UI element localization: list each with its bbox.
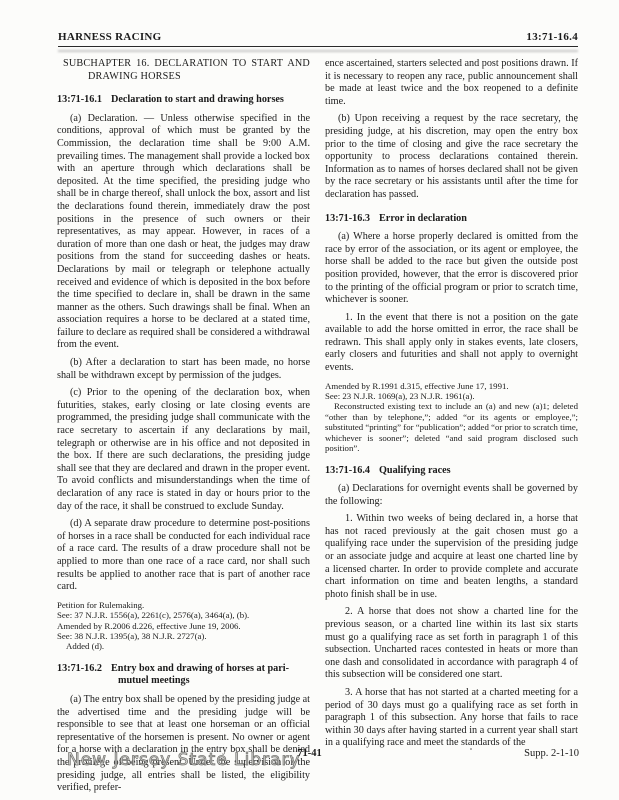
paragraph-16-4-a: (a) Declarations for overnight events sh… bbox=[325, 483, 578, 508]
note-line: Amended by R.2006 d.226, effective June … bbox=[57, 621, 310, 631]
paragraph-16-4-a3: 3. A horse that has not started at a cha… bbox=[325, 687, 578, 750]
paragraph-16-1-d: (d) A separate draw procedure to determi… bbox=[57, 518, 310, 594]
paragraph-16-1-b: (b) After a declaration to start has bee… bbox=[57, 357, 310, 382]
note-line: Reconstructed existing text to include a… bbox=[325, 401, 578, 453]
note-line: See: 37 N.J.R. 1556(a), 2261(c), 2576(a)… bbox=[57, 610, 310, 620]
paragraph-16-2-a: (a) The entry box shall be opened by the… bbox=[57, 694, 310, 795]
section-number: 13:71-16.1 bbox=[57, 94, 102, 105]
paragraph-16-1-a: (a) Declaration. — Unless otherwise spec… bbox=[57, 113, 310, 352]
note-line: See: 23 N.J.R. 1069(a), 23 N.J.R. 1961(a… bbox=[325, 391, 578, 401]
note-line: Added (d). bbox=[57, 641, 310, 651]
paragraph-16-2-a-continued: ence ascertained, starters selected and … bbox=[325, 58, 578, 108]
rulemaking-notes-16-3: Amended by R.1991 d.315, effective June … bbox=[325, 381, 578, 454]
section-title: Entry box and drawing of horses at pari-… bbox=[111, 663, 289, 687]
section-heading-16-3: 13:71-16.3Error in declaration bbox=[325, 213, 578, 226]
header-rule-scan-artifact bbox=[58, 50, 578, 52]
section-heading-16-2: 13:71-16.2Entry box and drawing of horse… bbox=[57, 663, 310, 688]
scan-speck bbox=[470, 748, 472, 750]
running-header: HARNESS RACING 13:71-16.4 bbox=[58, 31, 578, 43]
section-number: 13:71-16.4 bbox=[325, 465, 370, 476]
paragraph-16-2-b: (b) Upon receiving a request by the race… bbox=[325, 113, 578, 201]
rulemaking-notes-16-1: Petition for Rulemaking. See: 37 N.J.R. … bbox=[57, 600, 310, 652]
section-heading-16-4: 13:71-16.4Qualifying races bbox=[325, 465, 578, 478]
left-column: SUBCHAPTER 16. DECLARATION TO START AND … bbox=[57, 58, 310, 795]
paragraph-16-4-a1: 1. Within two weeks of being declared in… bbox=[325, 513, 578, 601]
two-column-body: SUBCHAPTER 16. DECLARATION TO START AND … bbox=[57, 58, 578, 795]
paragraph-16-4-a2: 2. A horse that does not show a charted … bbox=[325, 606, 578, 682]
section-title: Error in declaration bbox=[379, 213, 467, 224]
note-line: See: 38 N.J.R. 1395(a), 38 N.J.R. 2727(a… bbox=[57, 631, 310, 641]
paragraph-16-3-a1: 1. In the event that there is not a posi… bbox=[325, 312, 578, 375]
note-line: Petition for Rulemaking. bbox=[57, 600, 310, 610]
section-number: 13:71-16.2 bbox=[57, 663, 102, 674]
note-line: Amended by R.1991 d.315, effective June … bbox=[325, 381, 578, 391]
section-title: Declaration to start and drawing horses bbox=[111, 94, 284, 105]
section-heading-16-1: 13:71-16.1Declaration to start and drawi… bbox=[57, 94, 310, 107]
header-section-ref: 13:71-16.4 bbox=[526, 31, 578, 43]
paragraph-16-1-c: (c) Prior to the opening of the declarat… bbox=[57, 387, 310, 513]
paragraph-16-3-a: (a) Where a horse properly declared is o… bbox=[325, 231, 578, 307]
document-page: HARNESS RACING 13:71-16.4 SUBCHAPTER 16.… bbox=[0, 0, 619, 800]
right-column: ence ascertained, starters selected and … bbox=[325, 58, 578, 795]
subchapter-heading: SUBCHAPTER 16. DECLARATION TO START AND … bbox=[63, 58, 310, 83]
section-number: 13:71-16.3 bbox=[325, 213, 370, 224]
section-title: Qualifying races bbox=[379, 465, 451, 476]
scan-speck bbox=[575, 120, 577, 122]
header-rule bbox=[58, 46, 578, 47]
supplement-date: Supp. 2-1-10 bbox=[524, 748, 579, 759]
header-title: HARNESS RACING bbox=[58, 31, 162, 43]
